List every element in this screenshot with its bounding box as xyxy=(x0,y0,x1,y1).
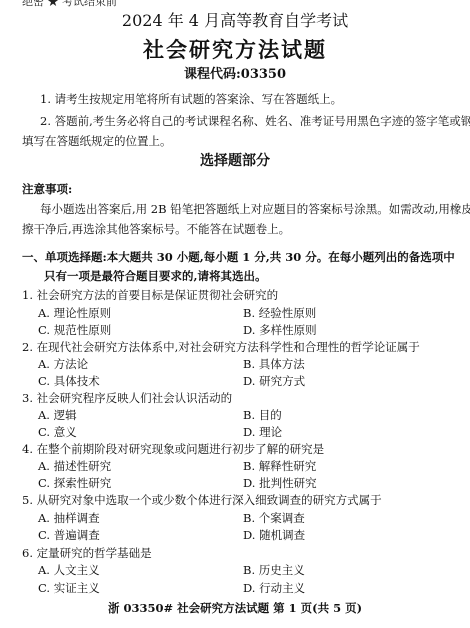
part-one-heading-2: 只有一项是最符合题目要求的,请将其选出。 xyxy=(44,268,267,284)
question-6-option-b: B. 历史主义 xyxy=(243,562,305,578)
instruction-1: 1. 请考生按规定用笔将所有试题的答案涂、写在答题纸上。 xyxy=(40,91,342,107)
course-code: 课程代码:03350 xyxy=(0,63,470,82)
exam-title: 2024 年 4 月高等教育自学考试 xyxy=(0,8,470,31)
question-1-option-c: C. 规范性原则 xyxy=(38,322,111,338)
question-4-option-a: A. 描述性研究 xyxy=(38,458,111,474)
question-5-option-a: A. 抽样调查 xyxy=(38,510,100,526)
question-1-stem: 1. 社会研究方法的首要目标是保证贯彻社会研究的 xyxy=(22,287,278,303)
question-4-option-c: C. 探索性研究 xyxy=(38,475,111,491)
question-2-stem: 2. 在现代社会研究方法体系中,对社会研究方法科学性和合理性的哲学论证属于 xyxy=(22,339,420,355)
question-1-option-d: D. 多样性原则 xyxy=(243,322,317,338)
question-2-option-b: B. 具体方法 xyxy=(243,356,305,372)
question-6-option-c: C. 实证主义 xyxy=(38,580,100,596)
subject-title: 社会研究方法试题 xyxy=(0,34,470,64)
question-1-option-a: A. 理论性原则 xyxy=(38,305,111,321)
question-6-option-a: A. 人文主义 xyxy=(38,562,100,578)
question-1-option-b: B. 经验性原则 xyxy=(243,305,316,321)
question-4-stem: 4. 在整个前期阶段对研究现象或问题进行初步了解的研究是 xyxy=(22,441,324,457)
page-footer: 浙 03350# 社会研究方法试题 第 1 页(共 5 页) xyxy=(0,600,470,616)
question-4-option-b: B. 解释性研究 xyxy=(243,458,316,474)
question-5-option-c: C. 普遍调查 xyxy=(38,527,100,543)
section-title: 选择题部分 xyxy=(0,150,470,170)
question-3-option-c: C. 意义 xyxy=(38,424,77,440)
question-5-option-d: D. 随机调查 xyxy=(243,527,305,543)
question-5-stem: 5. 从研究对象中选取一个或少数个体进行深入细致调查的研究方式属于 xyxy=(22,492,382,508)
notes-line-2: 擦干净后,再选涂其他答案标号。不能答在试题卷上。 xyxy=(22,221,290,237)
part-one-heading-1: 一、单项选择题:本大题共 30 小题,每小题 1 分,共 30 分。在每小题列出… xyxy=(22,249,455,265)
notes-label: 注意事项: xyxy=(22,181,72,197)
question-2-option-d: D. 研究方式 xyxy=(243,373,305,389)
question-6-option-d: D. 行动主义 xyxy=(243,580,305,596)
question-3-option-b: B. 目的 xyxy=(243,407,282,423)
question-2-option-c: C. 具体技术 xyxy=(38,373,100,389)
question-2-option-a: A. 方法论 xyxy=(38,356,88,372)
question-3-stem: 3. 社会研究程序反映人们社会认识活动的 xyxy=(22,390,232,406)
question-4-option-d: D. 批判性研究 xyxy=(243,475,317,491)
question-3-option-a: A. 逻辑 xyxy=(38,407,77,423)
instruction-2-cont: 填写在答题纸规定的位置上。 xyxy=(22,133,172,149)
notes-line-1: 每小题选出答案后,用 2B 铅笔把答题纸上对应题目的答案标号涂黑。如需改动,用橡… xyxy=(40,201,470,217)
instruction-2: 2. 答题前,考生务必将自己的考试课程名称、姓名、准考证号用黑色字迹的签字笔或钢… xyxy=(40,113,470,129)
question-6-stem: 6. 定量研究的哲学基础是 xyxy=(22,545,152,561)
question-3-option-d: D. 理论 xyxy=(243,424,282,440)
question-5-option-b: B. 个案调查 xyxy=(243,510,305,526)
